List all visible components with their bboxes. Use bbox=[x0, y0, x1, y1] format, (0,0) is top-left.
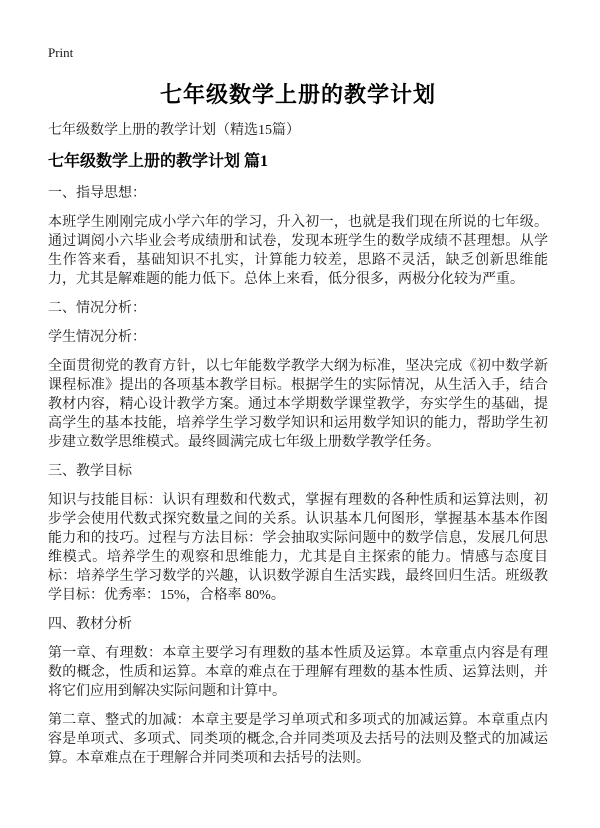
section-4-heading: 四、教材分析 bbox=[48, 615, 548, 634]
page-title: 七年级数学上册的教学计划 bbox=[48, 82, 548, 108]
section-1-paragraph: 本班学生刚刚完成小学六年的学习，升入初一，也就是我们现在所说的七年级。通过调阅小… bbox=[48, 213, 548, 289]
subtitle: 七年级数学上册的教学计划（精选15篇） bbox=[48, 121, 548, 140]
article-heading: 七年级数学上册的教学计划 篇1 bbox=[48, 151, 548, 172]
section-1-heading: 一、指导思想： bbox=[48, 184, 548, 203]
document-page: Print 七年级数学上册的教学计划 七年级数学上册的教学计划（精选15篇） 七… bbox=[0, 0, 600, 828]
print-row: Print bbox=[48, 44, 548, 62]
section-4-paragraph-chapter2: 第二章、整式的加减：本章主要是学习单项式和多项式的加减运算。本章重点内容是单项式… bbox=[48, 711, 548, 768]
section-2-heading: 二、情况分析： bbox=[48, 299, 548, 318]
section-4-paragraph-chapter1: 第一章、有理数：本章主要学习有理数的基本性质及运算。本章重点内容是有理数的概念，… bbox=[48, 644, 548, 701]
section-3-heading: 三、教学目标 bbox=[48, 462, 548, 481]
print-button[interactable]: Print bbox=[48, 45, 73, 61]
section-3-paragraph: 知识与技能目标：认识有理数和代数式，掌握有理数的各种性质和运算法则，初步学会使用… bbox=[48, 491, 548, 605]
section-2-paragraph: 全面贯彻党的教育方针，以七年能数学教学大纲为标准，坚决完成《初中数学新课程标准》… bbox=[48, 357, 548, 452]
section-2-subheading: 学生情况分析： bbox=[48, 328, 548, 347]
